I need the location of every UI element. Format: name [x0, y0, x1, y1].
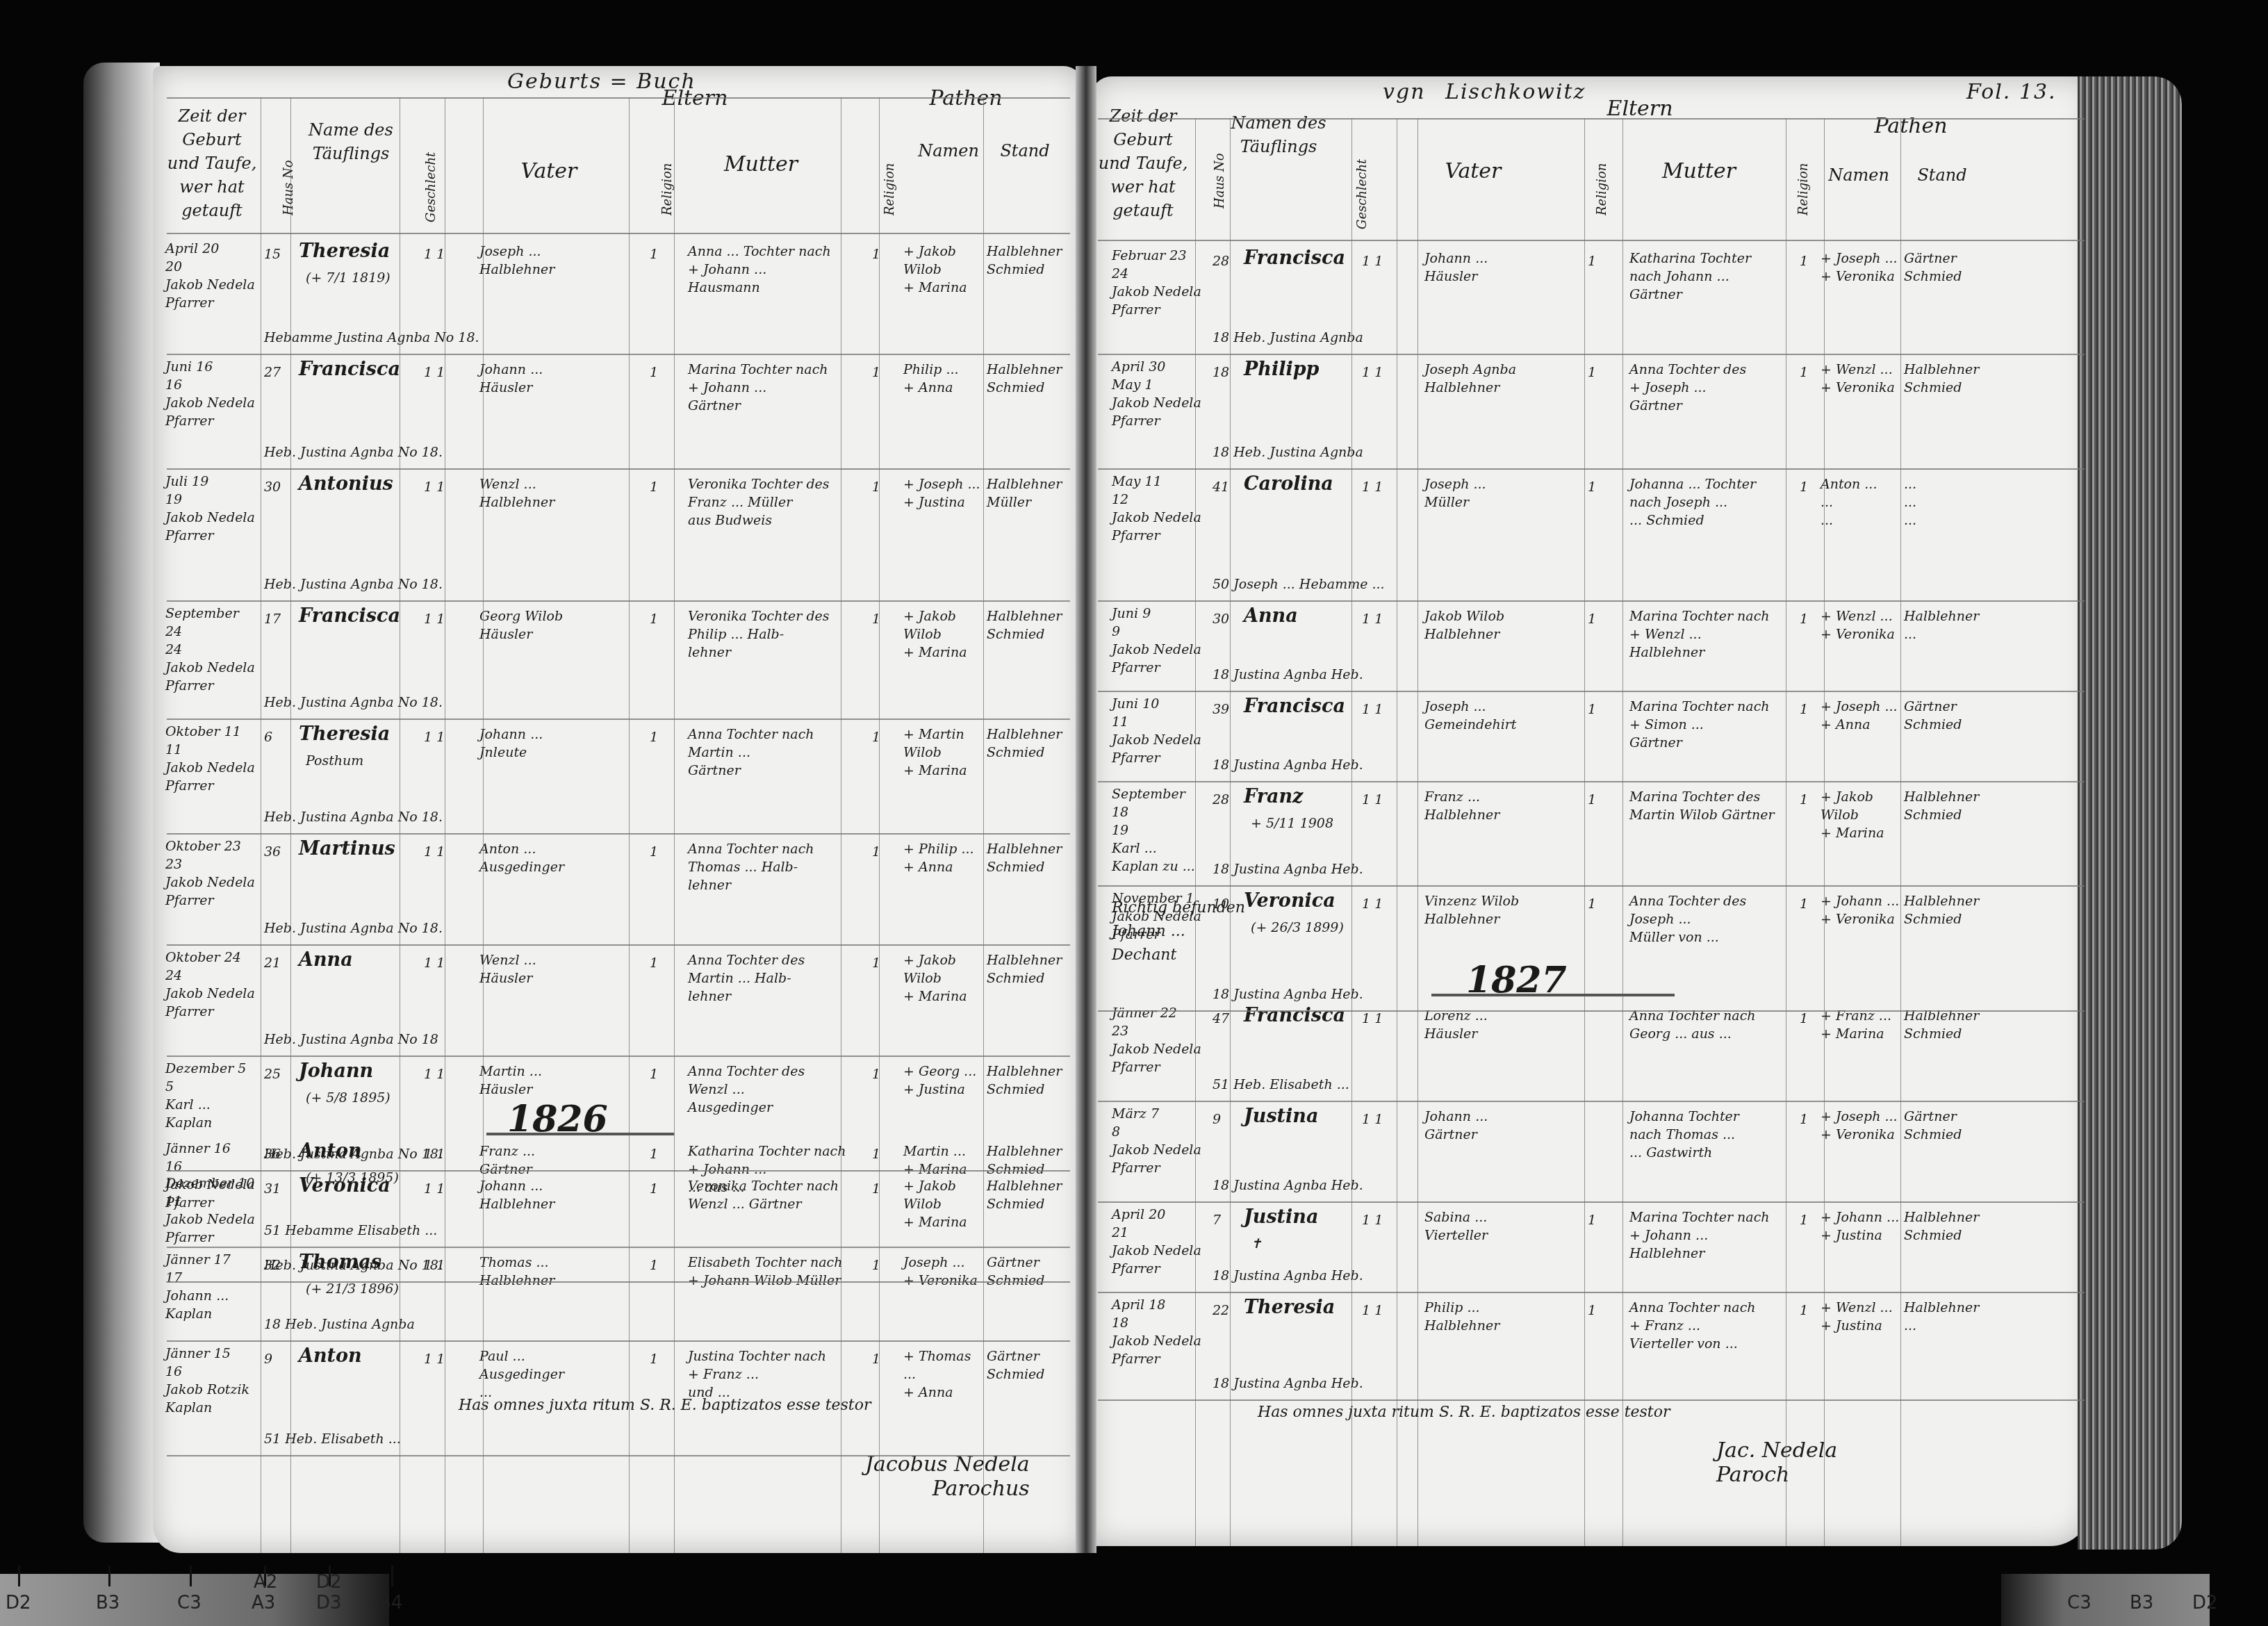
entry-sex: 1 1: [1362, 478, 1404, 496]
entry-father: Paul ... Ausgedinger ...: [479, 1347, 639, 1402]
column-divider: [1900, 118, 1901, 1546]
entry-separator: [167, 718, 1070, 720]
entry-rel-f: 1: [650, 363, 671, 381]
entry-house: 31: [264, 1180, 292, 1198]
entry-date: Jänner 17 17 Johann ... Kaplan: [165, 1251, 256, 1323]
entry-rel-m: 1: [1800, 610, 1821, 628]
entry-father: Thomas ... Halblehner: [479, 1254, 639, 1290]
entry-date: Oktober 11 11 Jakob Nedela Pfarrer: [165, 723, 256, 795]
entry-separator: [1098, 1201, 2085, 1203]
entry-godparent-name: Joseph ... + Veronika: [903, 1254, 987, 1290]
entry-rel-m: 1: [872, 728, 893, 746]
entry-godparent-status: Halblehner Schmied: [1904, 892, 1987, 928]
entry-house: 9: [1213, 1110, 1240, 1128]
right-page-title: Lischkowitz: [1445, 80, 1586, 104]
entry-rel-f: 1: [650, 1065, 671, 1083]
entry-rel-m: 1: [1800, 700, 1821, 718]
entry-rel-m: 1: [1800, 895, 1821, 913]
entry-separator: [167, 944, 1070, 946]
entry-midwife: 18 Justina Agnba Heb.: [1213, 756, 1560, 774]
entry-date: April 18 18 Jakob Nedela Pfarrer: [1112, 1296, 1202, 1368]
scale-tick: [18, 1566, 20, 1586]
entry-godparent-name: + Johann ... + Veronika: [1821, 892, 1904, 928]
header-top-rule: [167, 97, 1070, 99]
entry-godparent-status: ... ... ...: [1904, 475, 1987, 529]
entry-name: Francisca: [1244, 698, 1362, 716]
scale-label: D2: [2192, 1593, 2218, 1613]
entry-mother: Veronika Tochter des Philip ... Halb- le…: [688, 607, 862, 662]
entry-separator: [167, 1056, 1070, 1057]
entry-sex: 1 1: [1362, 1010, 1404, 1028]
entry-godparent-name: + Wenzl ... + Veronika: [1821, 607, 1904, 643]
entry-godparent-name: Anton ... ... ...: [1821, 475, 1904, 529]
entry-separator: [167, 1340, 1070, 1342]
entry-separator: [1098, 691, 2085, 692]
book-gutter: [1076, 66, 1096, 1553]
header-mother-right: Mutter: [1647, 160, 1751, 183]
column-divider: [290, 97, 291, 1553]
entry-name: Anna: [1244, 607, 1362, 625]
entry-midwife: 18 Heb. Justina Agnba: [1213, 329, 1560, 347]
entry-midwife: Hebamme Justina Agnba No 18.: [264, 329, 611, 347]
entry-date: April 20 21 Jakob Nedela Pfarrer: [1112, 1206, 1202, 1278]
entry-mother: Anna ... Tochter nach + Johann ... Hausm…: [688, 243, 862, 297]
entry-godparent-name: + Johann ... + Justina: [1821, 1208, 1904, 1245]
entry-midwife: Heb. Justina Agnba No 18.: [264, 919, 611, 937]
entry-rel-f: 1: [650, 1256, 671, 1274]
entry-house: 28: [1213, 791, 1240, 809]
entry-father: Wenzl ... Häusler: [479, 951, 639, 987]
entry-father: Georg Wilob Häusler: [479, 607, 639, 643]
entry-mother: Anna Tochter des Joseph ... Müller von .…: [1629, 892, 1803, 946]
entry-godparent-name: + Jakob Wilob + Marina: [903, 951, 987, 1005]
column-divider: [983, 97, 984, 1553]
attestation-left: Has omnes juxta ritum S. R. E. baptizato…: [459, 1397, 871, 1414]
entry-godparent-name: Philip ... + Anna: [903, 361, 987, 397]
entry-midwife: 50 Joseph ... Hebamme ...: [1213, 575, 1560, 593]
entry-godparent-status: Halblehner Schmied: [987, 840, 1070, 876]
entry-father: Martin ... Häusler: [479, 1062, 639, 1099]
entry-separator: [1098, 1399, 2085, 1401]
scale-tick: [391, 1566, 393, 1586]
scale-label: A3: [252, 1593, 275, 1613]
entry-godparent-name: + Joseph ... + Anna: [1821, 698, 1904, 734]
entry-house: 15: [264, 245, 292, 263]
entry-name: Justina: [1244, 1208, 1362, 1226]
entry-midwife: 18 Justina Agnba Heb.: [1213, 666, 1560, 684]
header-father: Vater: [514, 160, 584, 183]
entry-date: April 30 May 1 Jakob Nedela Pfarrer: [1112, 358, 1202, 430]
entry-godparent-name: Martin ... + Marina: [903, 1142, 987, 1179]
column-divider: [261, 97, 261, 1553]
entry-date: Jänner 16 16 Jakob Nedela Pfarrer: [165, 1140, 256, 1212]
entry-date: Juni 9 9 Jakob Nedela Pfarrer: [1112, 605, 1202, 677]
entry-godparent-status: Halblehner Schmied: [1904, 1208, 1987, 1245]
entry-godparent-status: Halblehner Schmied: [987, 1142, 1070, 1179]
entry-note: (+ 7/1 1819): [306, 269, 424, 287]
header-religion-father: Religion: [660, 132, 675, 215]
entry-godparent-name: + Georg ... + Justina: [903, 1062, 987, 1099]
entry-house: 36: [264, 1145, 292, 1163]
entry-house: 18: [1213, 363, 1240, 381]
entry-godparent-status: Halblehner Müller: [987, 475, 1070, 511]
entry-godparent-status: Halblehner Schmied: [987, 243, 1070, 279]
column-divider: [1230, 118, 1231, 1546]
entry-separator: [1098, 885, 2085, 887]
entry-date: April 20 20 Jakob Nedela Pfarrer: [165, 240, 256, 312]
entry-godparent-status: Gärtner Schmied: [987, 1347, 1070, 1383]
entry-house: 17: [264, 610, 292, 628]
entry-rel-f: 1: [1588, 791, 1609, 809]
entry-rel-f: 1: [1588, 895, 1609, 913]
entry-godparent-status: Gärtner Schmied: [987, 1254, 1070, 1290]
entry-name: Francisca: [1244, 249, 1362, 268]
entry-house: 32: [264, 1256, 292, 1274]
book-edge-left: [83, 63, 160, 1543]
entry-rel-m: 1: [1800, 1110, 1821, 1128]
entry-midwife: 51 Heb. Elisabeth ...: [264, 1430, 611, 1448]
scale-label: C3: [177, 1593, 202, 1613]
entry-rel-m: 1: [1800, 363, 1821, 381]
entry-separator: [167, 833, 1070, 835]
entry-rel-f: 1: [650, 610, 671, 628]
entry-rel-f: 1: [650, 1145, 671, 1163]
entry-rel-m: 1: [872, 363, 893, 381]
entry-date: September 24 24 Jakob Nedela Pfarrer: [165, 605, 256, 695]
signature-left: Jacobus Nedela Parochus: [865, 1452, 1030, 1501]
entry-mother: Marina Tochter nach + Johann ... Halbleh…: [1629, 1208, 1803, 1263]
scale-label: B3: [2130, 1593, 2153, 1613]
entry-sex: 1 1: [1362, 700, 1404, 718]
entry-name: Theresia: [1244, 1299, 1362, 1317]
entry-sex: 1 1: [1362, 895, 1404, 913]
entry-godparent-name: + Joseph ... + Veronika: [1821, 249, 1904, 286]
entry-midwife: 18 Justina Agnba Heb.: [1213, 1176, 1560, 1194]
entry-rel-m: 1: [872, 1256, 893, 1274]
entry-rel-f: 1: [650, 728, 671, 746]
entry-rel-f: 1: [1588, 700, 1609, 718]
entry-sex: 1 1: [1362, 610, 1404, 628]
entry-name: Francisca: [1244, 1007, 1362, 1025]
entry-date: Jänner 15 16 Jakob Rotzik Kaplan: [165, 1345, 256, 1417]
entry-separator: [167, 600, 1070, 602]
entry-mother: Elisabeth Tochter nach + Johann Wilob Mü…: [688, 1254, 862, 1290]
entry-mother: Katharina Tochter nach + Johann ... ... …: [688, 1142, 862, 1197]
entry-rel-m: 1: [1800, 252, 1821, 270]
entry-godparent-name: + Jakob Wilob + Marina: [903, 1177, 987, 1231]
color-scale-right: [2001, 1574, 2210, 1626]
entry-date: Jänner 22 23 Jakob Nedela Pfarrer: [1112, 1004, 1202, 1076]
entry-rel-m: 1: [1800, 791, 1821, 809]
column-divider: [1397, 118, 1397, 1546]
entry-godparent-name: + Philip ... + Anna: [903, 840, 987, 876]
entry-mother: Anna Tochter des Wenzl ... Ausgedinger: [688, 1062, 862, 1117]
entry-sex: 1 1: [1362, 1301, 1404, 1320]
right-page-title-left: vgn: [1383, 80, 1425, 104]
entry-house: 9: [264, 1350, 292, 1368]
entry-note: (+ 5/8 1895): [306, 1089, 424, 1107]
entry-sex: 1 1: [1362, 363, 1404, 381]
column-divider: [445, 97, 445, 1553]
entry-date: März 7 8 Jakob Nedela Pfarrer: [1112, 1105, 1202, 1177]
entry-godparent-status: Halblehner Schmied: [1904, 361, 1987, 397]
entry-separator: [167, 1281, 1070, 1283]
entry-godparent-status: Halblehner ...: [1904, 607, 1987, 643]
entry-midwife: Heb. Justina Agnba No 18: [264, 1030, 611, 1049]
scale-label: B4: [379, 1593, 402, 1613]
entry-mother: Marina Tochter nach + Wenzl ... Halblehn…: [1629, 607, 1803, 662]
entry-mother: Marina Tochter nach + Simon ... Gärtner: [1629, 698, 1803, 752]
entry-godparent-status: Halblehner ...: [1904, 1299, 1987, 1335]
entry-godparent-name: + Joseph ... + Justina: [903, 475, 987, 511]
entry-mother: Anna Tochter nach Thomas ... Halb- lehne…: [688, 840, 862, 894]
entry-separator: [1098, 781, 2085, 782]
entry-mother: Johanna ... Tochter nach Joseph ... ... …: [1629, 475, 1803, 529]
entry-rel-f: 1: [650, 1350, 671, 1368]
entry-house: 25: [264, 1065, 292, 1083]
entry-separator: [167, 468, 1070, 470]
entry-father: Johann ... Häusler: [1424, 249, 1584, 286]
entry-rel-m: 1: [872, 610, 893, 628]
scale-label: D3: [316, 1593, 342, 1613]
header-house-right: Haus No: [1213, 118, 1227, 208]
entry-rel-f: 1: [1588, 363, 1609, 381]
correction-note: Richtig befunden Johann ... Dechant: [1112, 896, 1245, 967]
entry-father: Franz ... Gärtner: [479, 1142, 639, 1179]
entry-note: Posthum: [306, 752, 424, 770]
entry-midwife: Heb. Justina Agnba No 18.: [264, 443, 611, 461]
scale-label: D2: [316, 1572, 342, 1593]
entry-father: Joseph ... Müller: [1424, 475, 1584, 511]
header-godparents: Pathen: [917, 87, 1014, 110]
entry-rel-f: 1: [650, 1180, 671, 1198]
entry-rel-m: 1: [1800, 1301, 1821, 1320]
entry-midwife: 51 Heb. Elisabeth ...: [1213, 1076, 1560, 1094]
entry-father: Johann ... Häusler: [479, 361, 639, 397]
entry-rel-f: 1: [650, 954, 671, 972]
entry-date: Oktober 23 23 Jakob Nedela Pfarrer: [165, 837, 256, 910]
entry-house: 47: [1213, 1010, 1240, 1028]
header-mother: Mutter: [709, 153, 813, 176]
header-time-right: Zeit der Geburt und Taufe, wer hat getau…: [1098, 104, 1188, 222]
entry-house: 39: [1213, 700, 1240, 718]
entry-father: Johann ... Halblehner: [479, 1177, 639, 1213]
year-underline-1826: [486, 1133, 674, 1135]
entry-godparent-name: + Martin Wilob + Marina: [903, 725, 987, 780]
header-house: Haus No: [281, 132, 296, 215]
entry-separator: [1098, 468, 2085, 470]
entry-sex: 1 1: [1362, 252, 1404, 270]
entry-separator: [167, 1455, 1070, 1456]
entry-mother: Anna Tochter des Martin ... Halb- lehner: [688, 951, 862, 1005]
entry-rel-m: 1: [872, 1350, 893, 1368]
entry-godparent-status: Halblehner Schmied: [1904, 788, 1987, 824]
entry-rel-f: 1: [1588, 478, 1609, 496]
entry-godparent-status: Halblehner Schmied: [987, 607, 1070, 643]
entry-date: May 11 12 Jakob Nedela Pfarrer: [1112, 473, 1202, 545]
header-parents: Eltern: [625, 87, 764, 110]
entry-separator: [1098, 354, 2085, 355]
entry-house: 27: [264, 363, 292, 381]
column-divider: [1351, 118, 1352, 1546]
entry-godparent-name: + Joseph ... + Veronika: [1821, 1108, 1904, 1144]
scale-label: B3: [96, 1593, 120, 1613]
entry-house: 36: [264, 843, 292, 861]
entry-godparent-status: Gärtner Schmied: [1904, 1108, 1987, 1144]
entry-midwife: 18 Heb. Justina Agnba: [264, 1315, 611, 1333]
entry-rel-m: 1: [872, 478, 893, 496]
entry-godparent-status: Halblehner Schmied: [987, 361, 1070, 397]
entry-sex: 1 1: [1362, 1211, 1404, 1229]
entry-rel-f: 1: [1588, 1211, 1609, 1229]
entry-godparent-status: Halblehner Schmied: [987, 951, 1070, 987]
header-godparent-status-right: Stand: [1904, 163, 1980, 187]
entry-house: 30: [1213, 610, 1240, 628]
entry-mother: Anna Tochter nach Georg ... aus ...: [1629, 1007, 1803, 1043]
entry-date: Juni 10 11 Jakob Nedela Pfarrer: [1112, 695, 1202, 767]
entry-godparent-name: + Wenzl ... + Veronika: [1821, 361, 1904, 397]
entry-rel-f: 1: [650, 478, 671, 496]
entry-house: 28: [1213, 252, 1240, 270]
entry-mother: Anna Tochter nach Martin ... Gärtner: [688, 725, 862, 780]
entry-house: 41: [1213, 478, 1240, 496]
scale-label: D2: [6, 1593, 31, 1613]
entry-father: Wenzl ... Halblehner: [479, 475, 639, 511]
column-divider: [483, 97, 484, 1553]
entry-separator: [167, 354, 1070, 355]
entry-father: Joseph Agnba Halblehner: [1424, 361, 1584, 397]
entry-separator: [1098, 1101, 2085, 1102]
entry-rel-m: 1: [872, 1145, 893, 1163]
header-religion-father-right: Religion: [1595, 132, 1609, 215]
header-parents-right: Eltern: [1570, 97, 1709, 121]
entry-date: Juni 16 16 Jakob Nedela Pfarrer: [165, 358, 256, 430]
entry-father: Lorenz ... Häusler: [1424, 1007, 1584, 1043]
entry-midwife: 18 Justina Agnba Heb.: [1213, 860, 1560, 878]
entry-godparent-status: Gärtner Schmied: [1904, 698, 1987, 734]
scale-label: C3: [2067, 1593, 2092, 1613]
entry-rel-m: 1: [1800, 1010, 1821, 1028]
signature-right: Jac. Nedela Paroch: [1716, 1438, 1837, 1487]
entry-godparent-status: Halblehner Schmied: [987, 1062, 1070, 1099]
column-divider: [674, 97, 675, 1553]
entry-rel-m: 1: [872, 1180, 893, 1198]
entry-midwife: 51 Hebamme Elisabeth ...: [264, 1222, 611, 1240]
entry-house: 7: [1213, 1211, 1240, 1229]
header-time: Zeit der Geburt und Taufe, wer hat getau…: [167, 104, 257, 222]
header-godparent-status: Stand: [987, 139, 1063, 163]
header-bottom-rule: [167, 233, 1070, 234]
entry-rel-m: 1: [1800, 478, 1821, 496]
entry-date: September 18 19 Karl ... Kaplan zu ...: [1112, 785, 1202, 876]
entry-rel-m: 1: [872, 1065, 893, 1083]
entry-father: Joseph ... Gemeindehirt: [1424, 698, 1584, 734]
entry-godparent-status: Halblehner Schmied: [1904, 1007, 1987, 1043]
entry-midwife: Heb. Justina Agnba No 18.: [264, 808, 611, 826]
entry-midwife: Heb. Justina Agnba No 18.: [264, 693, 611, 712]
entry-date: Oktober 24 24 Jakob Nedela Pfarrer: [165, 948, 256, 1021]
header-religion-mother-right: Religion: [1796, 132, 1811, 215]
column-divider: [1584, 118, 1585, 1546]
entry-godparent-name: + Wenzl ... + Justina: [1821, 1299, 1904, 1335]
entry-sex: 1 1: [1362, 1110, 1404, 1128]
header-bottom-rule: [1098, 240, 2085, 241]
entry-name: Veronica: [1244, 892, 1362, 910]
scale-tick: [108, 1566, 110, 1586]
entry-rel-f: 1: [1588, 252, 1609, 270]
entry-name: Franz: [1244, 788, 1362, 806]
entry-rel-f: 1: [1588, 610, 1609, 628]
entry-midwife: 18 Justina Agnba Heb.: [1213, 1267, 1560, 1285]
column-divider: [1417, 118, 1418, 1546]
entry-mother: Justina Tochter nach + Franz ... und ...: [688, 1347, 862, 1402]
entry-date: Februar 23 24 Jakob Nedela Pfarrer: [1112, 247, 1202, 319]
entry-godparent-name: + Jakob Wilob + Marina: [903, 243, 987, 297]
entry-mother: Anna Tochter des + Joseph ... Gärtner: [1629, 361, 1803, 415]
entry-father: Vinzenz Wilob Halblehner: [1424, 892, 1584, 928]
entry-name: Carolina: [1244, 475, 1362, 493]
entry-rel-f: 1: [1588, 1301, 1609, 1320]
entry-father: Franz ... Halblehner: [1424, 788, 1584, 824]
header-child: Name des Täuflings: [306, 118, 396, 165]
entry-house: 22: [1213, 1301, 1240, 1320]
header-sex-right: Geschlecht: [1355, 104, 1370, 229]
header-religion-mother: Religion: [882, 132, 897, 215]
header-godparent-name: Namen: [910, 139, 987, 163]
entry-rel-m: 1: [872, 843, 893, 861]
entry-separator: [167, 1170, 1070, 1172]
entry-godparent-name: + Jakob Wilob + Marina: [903, 607, 987, 662]
entry-mother: Marina Tochter nach + Johann ... Gärtner: [688, 361, 862, 415]
entry-father: Johann ... Jnleute: [479, 725, 639, 762]
entry-date: Juli 19 19 Jakob Nedela Pfarrer: [165, 473, 256, 545]
entry-house: 6: [264, 728, 292, 746]
entry-midwife: 18 Justina Agnba Heb.: [1213, 1374, 1560, 1393]
entry-father: Sabina ... Vierteller: [1424, 1208, 1584, 1245]
attestation-right: Has omnes juxta ritum S. R. E. baptizato…: [1258, 1404, 1670, 1421]
column-divider: [629, 97, 630, 1553]
entry-mother: Marina Tochter des Martin Wilob Gärtner: [1629, 788, 1803, 824]
entry-rel-m: 1: [1800, 1211, 1821, 1229]
entry-godparent-status: Halblehner Schmied: [987, 725, 1070, 762]
entry-father: Joseph ... Halblehner: [479, 243, 639, 279]
column-divider: [879, 97, 880, 1553]
folio-number: Fol. 13.: [1966, 80, 2057, 104]
entry-date: Dezember 5 5 Karl ... Kaplan: [165, 1060, 256, 1132]
entry-father: Philip ... Halblehner: [1424, 1299, 1584, 1335]
column-divider: [400, 97, 400, 1553]
entry-godparent-status: Gärtner Schmied: [1904, 249, 1987, 286]
entry-father: Jakob Wilob Halblehner: [1424, 607, 1584, 643]
entry-house: 30: [264, 478, 292, 496]
scale-tick: [190, 1566, 192, 1586]
entry-midwife: 18 Heb. Justina Agnba: [1213, 443, 1560, 461]
entry-rel-f: 1: [650, 843, 671, 861]
column-divider: [1824, 118, 1825, 1546]
entry-mother: Veronika Tochter des Franz ... Müller au…: [688, 475, 862, 529]
entry-father: Johann ... Gärtner: [1424, 1108, 1584, 1144]
entry-house: 21: [264, 954, 292, 972]
header-godparent-name-right: Namen: [1821, 163, 1897, 187]
entry-midwife: Heb. Justina Agnba No 18.: [264, 575, 611, 593]
entry-rel-f: 1: [650, 245, 671, 263]
entry-separator: [1098, 1010, 2085, 1012]
entry-father: Anton ... Ausgedinger: [479, 840, 639, 876]
entry-godparent-name: + Franz ... + Marina: [1821, 1007, 1904, 1043]
entry-rel-m: 1: [872, 954, 893, 972]
column-divider: [1786, 118, 1786, 1546]
entry-name: Justina: [1244, 1108, 1362, 1126]
